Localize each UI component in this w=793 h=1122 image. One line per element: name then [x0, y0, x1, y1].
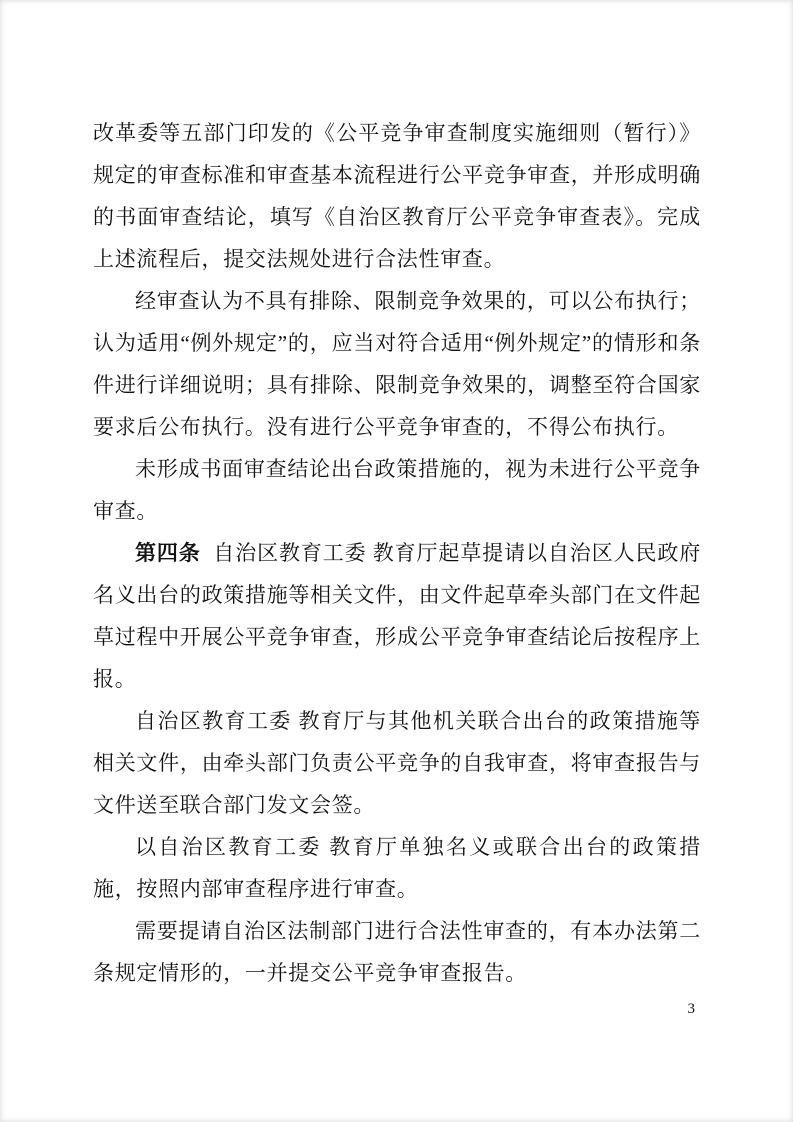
paragraph-continuation: 改革委等五部门印发的《公平竞争审查制度实施细则（暂行）》规定的审查标准和审查基本… [93, 112, 701, 280]
paragraph: 需要提请自治区法制部门进行合法性审查的，有本办法第二条规定情形的，一并提交公平竞… [93, 910, 701, 994]
page-number: 3 [688, 999, 696, 1019]
paragraph: 以自治区教育工委 教育厅单独名义或联合出台的政策措施，按照内部审查程序进行审查。 [93, 826, 701, 910]
paragraph-text: 需要提请自治区法制部门进行合法性审查的，有本办法第二条规定情形的，一并提交公平竞… [93, 919, 701, 985]
document-page: 改革委等五部门印发的《公平竞争审查制度实施细则（暂行）》规定的审查标准和审查基本… [0, 0, 793, 1122]
paragraph-article-4: 第四条自治区教育工委 教育厅起草提请以自治区人民政府名义出台的政策措施等相关文件… [93, 532, 701, 700]
paragraph-text: 经审查认为不具有排除、限制竞争效果的，可以公布执行；认为适用“例外规定”的，应当… [93, 289, 701, 439]
document-body: 改革委等五部门印发的《公平竞争审查制度实施细则（暂行）》规定的审查标准和审查基本… [93, 112, 701, 994]
paragraph: 自治区教育工委 教育厅与其他机关联合出台的政策措施等相关文件，由牵头部门负责公平… [93, 700, 701, 826]
paragraph-text: 改革委等五部门印发的《公平竞争审查制度实施细则（暂行）》规定的审查标准和审查基本… [93, 121, 701, 271]
paragraph-text: 未形成书面审查结论出台政策措施的，视为未进行公平竞争审查。 [93, 457, 701, 523]
paragraph-text: 以自治区教育工委 教育厅单独名义或联合出台的政策措施，按照内部审查程序进行审查。 [93, 835, 701, 901]
paragraph: 经审查认为不具有排除、限制竞争效果的，可以公布执行；认为适用“例外规定”的，应当… [93, 280, 701, 448]
paragraph: 未形成书面审查结论出台政策措施的，视为未进行公平竞争审查。 [93, 448, 701, 532]
paragraph-text: 自治区教育工委 教育厅与其他机关联合出台的政策措施等相关文件，由牵头部门负责公平… [93, 709, 701, 817]
article-number-label: 第四条 [135, 541, 201, 565]
